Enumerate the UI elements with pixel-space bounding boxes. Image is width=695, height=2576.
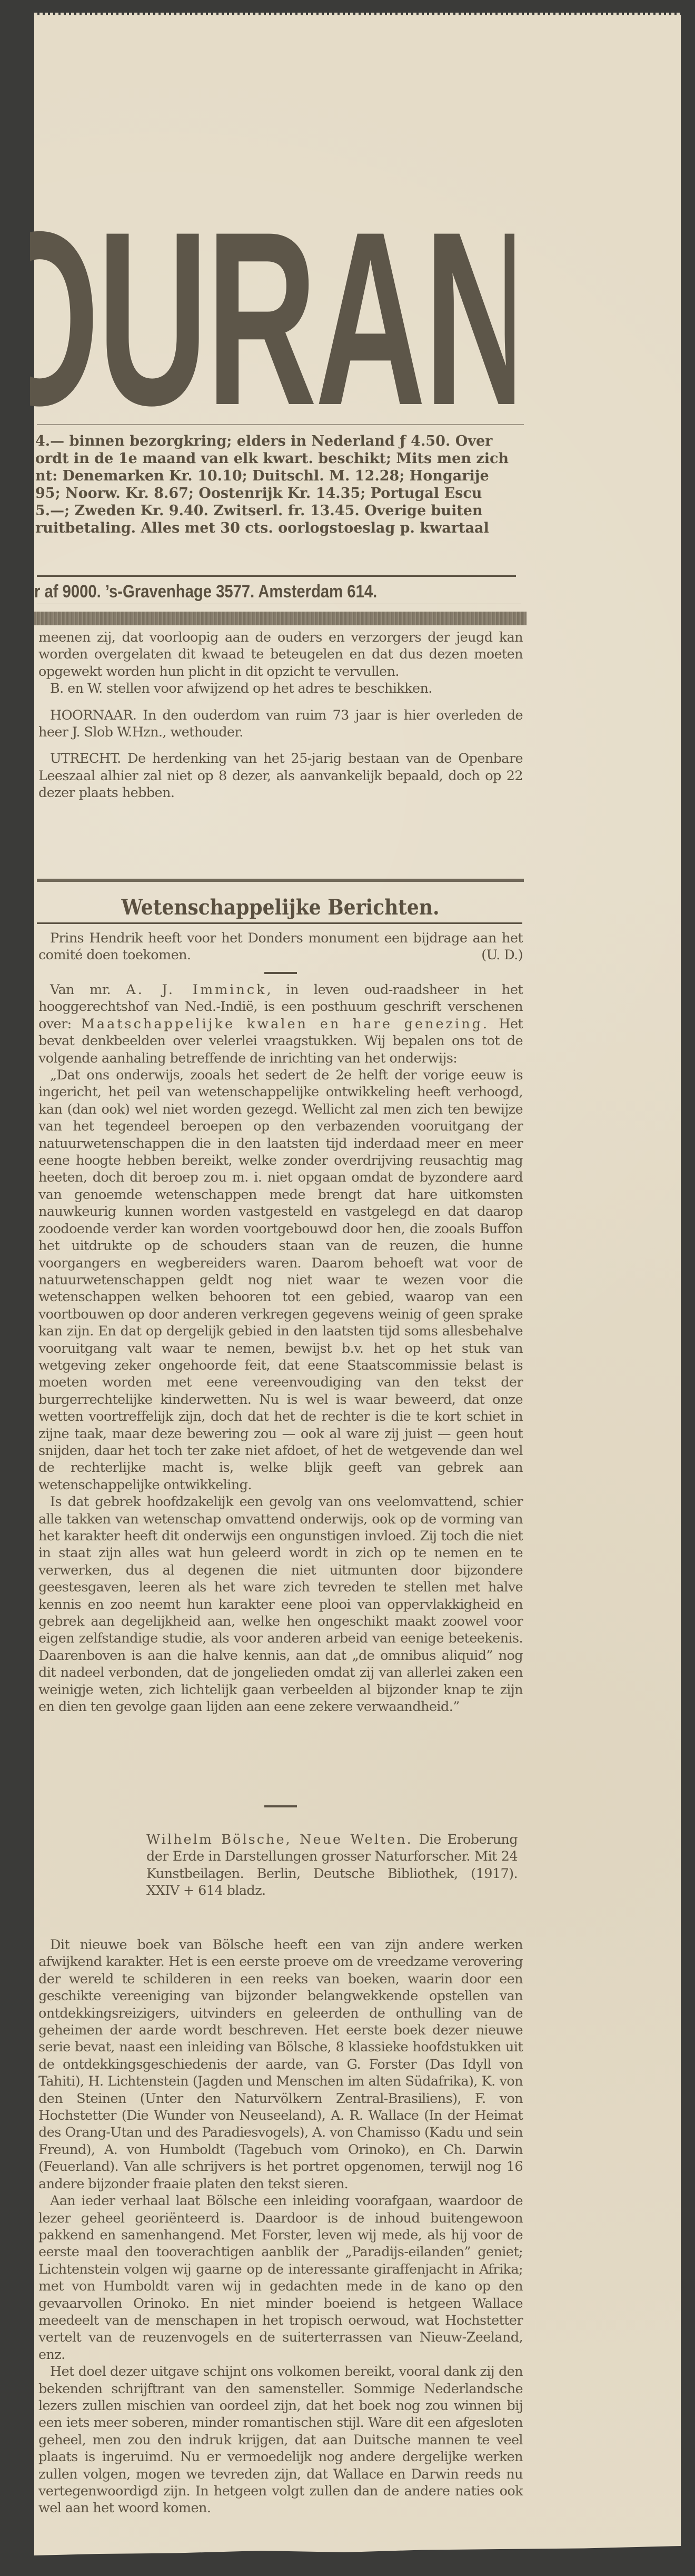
torn-bottom-edge — [34, 2544, 681, 2560]
bolsche-review: Dit nieuwe boek van Bölsche heeft een va… — [38, 1936, 523, 2517]
heading-underline — [37, 922, 522, 924]
subscription-line: nt: Denemarken Kr. 10.10; Duitschl. M. 1… — [34, 467, 527, 485]
subscription-divider — [37, 575, 516, 577]
subscription-line: 95; Noorw. Kr. 8.67; Oostenrijk Kr. 14.3… — [34, 485, 527, 502]
quote-paragraph: Is dat gebrek hoofdzakelijk een gevolg v… — [38, 1493, 523, 1715]
news-paragraph: B. en W. stellen voor afwijzend op het a… — [38, 680, 523, 697]
thick-divider-bar — [34, 612, 527, 625]
masthead: OURANT — [30, 224, 514, 414]
book-citation: Wilhelm Bölsche, Neue Welten. Die Erober… — [146, 1831, 518, 1900]
section-heading: Wetenschappelijke Berichten. — [59, 892, 502, 923]
telephone-numbers: r af 9000. ’s-Gravenhage 3577. Amsterdam… — [34, 581, 458, 602]
book-title: Maatschappelijke kwalen en hare genezing… — [81, 1016, 489, 1032]
thin-divider — [37, 604, 521, 604]
subscription-line: 4.— binnen bezorgkring; elders in Nederl… — [34, 432, 527, 450]
item-separator — [264, 1805, 297, 1807]
news-item-utrecht: UTRECHT. De herdenking van het 25-jarig … — [38, 750, 523, 801]
source-credit: (U. D.) — [470, 947, 523, 963]
news-item-hoornaar: HOORNAAR. In den ouderdom van ruim 73 ja… — [38, 707, 523, 741]
review-paragraph: Aan ieder verhaal laat Bölsche een inlei… — [38, 2192, 523, 2363]
news-paragraph: meenen zij, dat voorloopig aan de ouders… — [38, 629, 523, 680]
subscription-info: 4.— binnen bezorgkring; elders in Nederl… — [34, 432, 527, 537]
donders-item: Prins Hendrik heeft voor het Donders mon… — [38, 930, 523, 964]
donders-text: Prins Hendrik heeft voor het Donders mon… — [38, 930, 523, 963]
citation-author: Wilhelm Bölsche, Neue Welten. — [146, 1832, 413, 1847]
subscription-line: ruitbetaling. Alles met 30 cts. oorlogst… — [34, 519, 527, 537]
review-paragraph: Dit nieuwe boek van Bölsche heeft een va… — [38, 1936, 523, 2192]
subscription-line: 5.—; Zweden Kr. 9.40. Zwitserl. fr. 13.4… — [34, 502, 527, 519]
subscription-line: ordt in de 1e maand van elk kwart. besch… — [34, 450, 527, 467]
review-paragraph: Het doel dezer uitgave schijnt ons volko… — [38, 2363, 523, 2517]
author-name: A. J. Imminck — [126, 982, 266, 998]
perforated-top-edge — [34, 13, 681, 16]
masthead-divider — [37, 424, 524, 425]
quote-paragraph: „Dat ons onderwijs, zooals het sedert de… — [38, 1067, 523, 1493]
local-news: meenen zij, dat voorloopig aan de ouders… — [38, 629, 523, 802]
imminck-item: Van mr. A. J. Imminck, in leven oud-raad… — [38, 981, 523, 1715]
section-divider — [37, 879, 524, 882]
newspaper-clipping: OURANT 4.— binnen bezorgkring; elders in… — [34, 15, 681, 2559]
masthead-title: OURANT — [30, 224, 311, 414]
intro-prefix: Van mr. — [50, 982, 126, 998]
item-separator — [264, 972, 297, 974]
